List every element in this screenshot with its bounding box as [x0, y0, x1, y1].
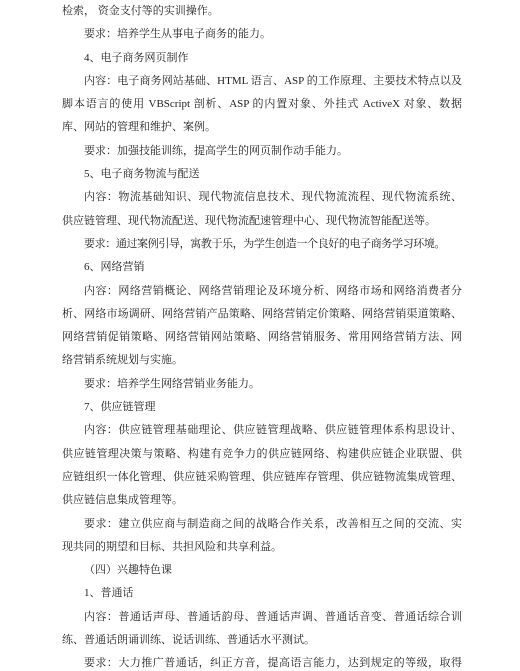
text-line: 要求：加强技能训练，提高学生的网页制作动手能力。: [62, 140, 462, 163]
text-line: 供应链管理、现代物流配送、现代物流配速管理中心、现代物流智能配送等。: [62, 210, 462, 233]
text-line: 供应链管理决策与策略、构建有竞争力的供应链网络、构建供应链企业联盟、供: [62, 443, 462, 466]
text-line: 网络营销促销策略、网络营销网站策略、网络营销服务、常用网络营销方法、网: [62, 326, 462, 349]
text-line: 内容：电子商务网站基础、HTML 语言、ASP 的工作原理、主要技术特点以及: [62, 70, 462, 93]
section-heading: 1、普通话: [62, 582, 462, 605]
text-line: 内容：供应链管理基础理论、供应链管理战略、供应链管理体系构思设计、: [62, 419, 462, 442]
text-line: 现共同的期望和目标、共担风险和共享利益。: [62, 536, 462, 559]
section-heading: （四）兴趣特色课: [62, 559, 462, 582]
text-line: 要求：通过案例引导，寓教于乐，为学生创造一个良好的电子商务学习环境。: [62, 233, 462, 256]
section-heading: 6、网络营销: [62, 256, 462, 279]
text-line: 内容：普通话声母、普通话韵母、普通话声调、普通话音变、普通话综合训: [62, 606, 462, 629]
document-page: 检索， 资金支付等的实训操作。 要求：培养学生从事电子商务的能力。 4、电子商务…: [0, 0, 520, 671]
text-line: 脚本语言的使用 VBScript 剖析、ASP 的内置对象、外挂式 Active…: [62, 93, 462, 116]
section-heading: 7、供应链管理: [62, 396, 462, 419]
text-line: 内容：物流基础知识、现代物流信息技术、现代物流流程、现代物流系统、: [62, 186, 462, 209]
text-line: 练、普通话朗诵训练、说话训练、普通话水平测试。: [62, 629, 462, 652]
text-line: 内容：网络营销概论、网络营销理论及环境分析、网络市场和网络消费者分: [62, 280, 462, 303]
text-line: 库、网站的管理和维护、案例。: [62, 116, 462, 139]
text-line: 供应链信息集成管理等。: [62, 489, 462, 512]
text-line: 要求：大力推广普通话，纠正方音，提高语言能力，达到规定的等级，取得: [62, 652, 462, 671]
text-line: 络营销系统规划与实施。: [62, 349, 462, 372]
text-line: 要求：培养学生从事电子商务的能力。: [62, 23, 462, 46]
text-line: 要求：建立供应商与制造商之间的战略合作关系，改善相互之间的交流、实: [62, 513, 462, 536]
section-heading: 5、电子商务物流与配送: [62, 163, 462, 186]
text-line: 应链组织一体化管理、供应链采购管理、供应链库存管理、供应链物流集成管理、: [62, 466, 462, 489]
section-heading: 4、电子商务网页制作: [62, 47, 462, 70]
text-line: 检索， 资金支付等的实训操作。: [62, 0, 462, 23]
text-line: 析、网络市场调研、网络营销产品策略、网络营销定价策略、网络营销渠道策略、: [62, 303, 462, 326]
text-line: 要求：培养学生网络营销业务能力。: [62, 373, 462, 396]
